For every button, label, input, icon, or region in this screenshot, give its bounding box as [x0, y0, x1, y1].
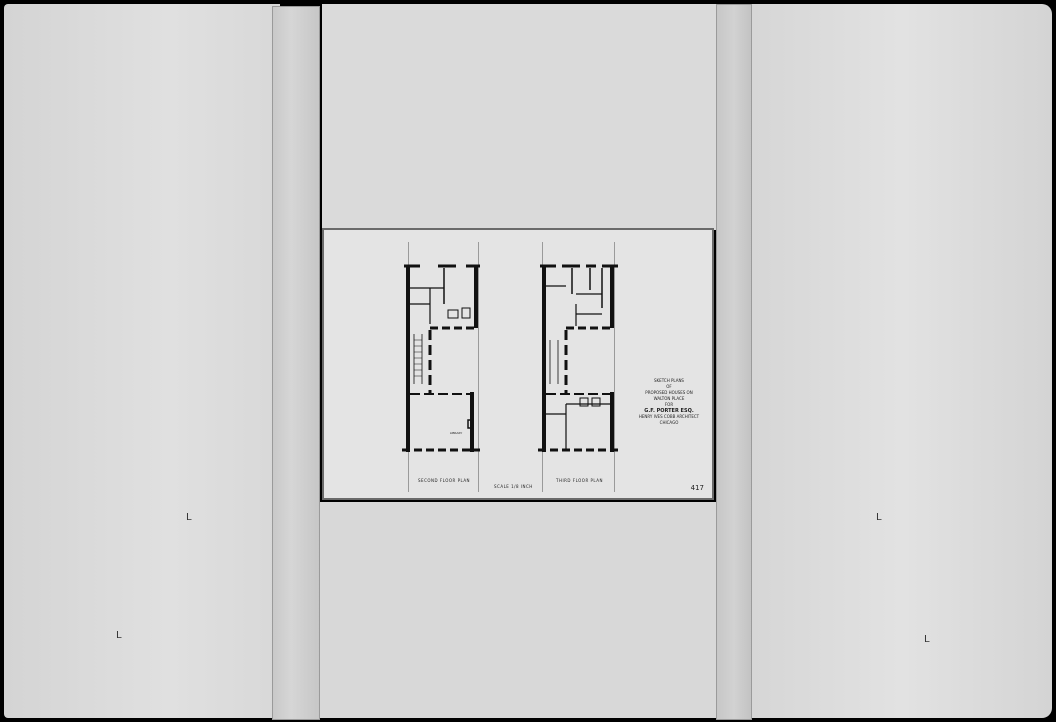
mount-board-middle-top [322, 4, 716, 230]
photo-stage: L L L L [0, 0, 1056, 722]
second-floor-label: SECOND FLOOR PLAN [418, 478, 470, 483]
mount-strip-right [716, 4, 752, 720]
drawing-sheet: LIBRARY SKETCH PLANS OF [322, 228, 714, 500]
third-floor-label: THIRD FLOOR PLAN [556, 478, 603, 483]
svg-text:LIBRARY: LIBRARY [450, 431, 463, 435]
corner-mark: L [876, 512, 882, 523]
mount-board-left [4, 4, 280, 718]
city-line: CHICAGO [624, 420, 714, 426]
corner-mark: L [186, 512, 192, 523]
third-floor-plan [536, 264, 626, 456]
mount-board-right [752, 4, 1052, 718]
corner-mark: L [116, 630, 122, 641]
title-block: SKETCH PLANS OF PROPOSED HOUSES ON WALTO… [624, 378, 714, 426]
corner-mark: L [924, 634, 930, 645]
second-floor-plan: LIBRARY [400, 264, 490, 456]
mount-strip-left [272, 6, 320, 720]
scale-label: SCALE 1/8 INCH [494, 484, 533, 489]
mount-board-middle-bottom [318, 502, 716, 718]
sheet-number: 417 [691, 484, 704, 492]
